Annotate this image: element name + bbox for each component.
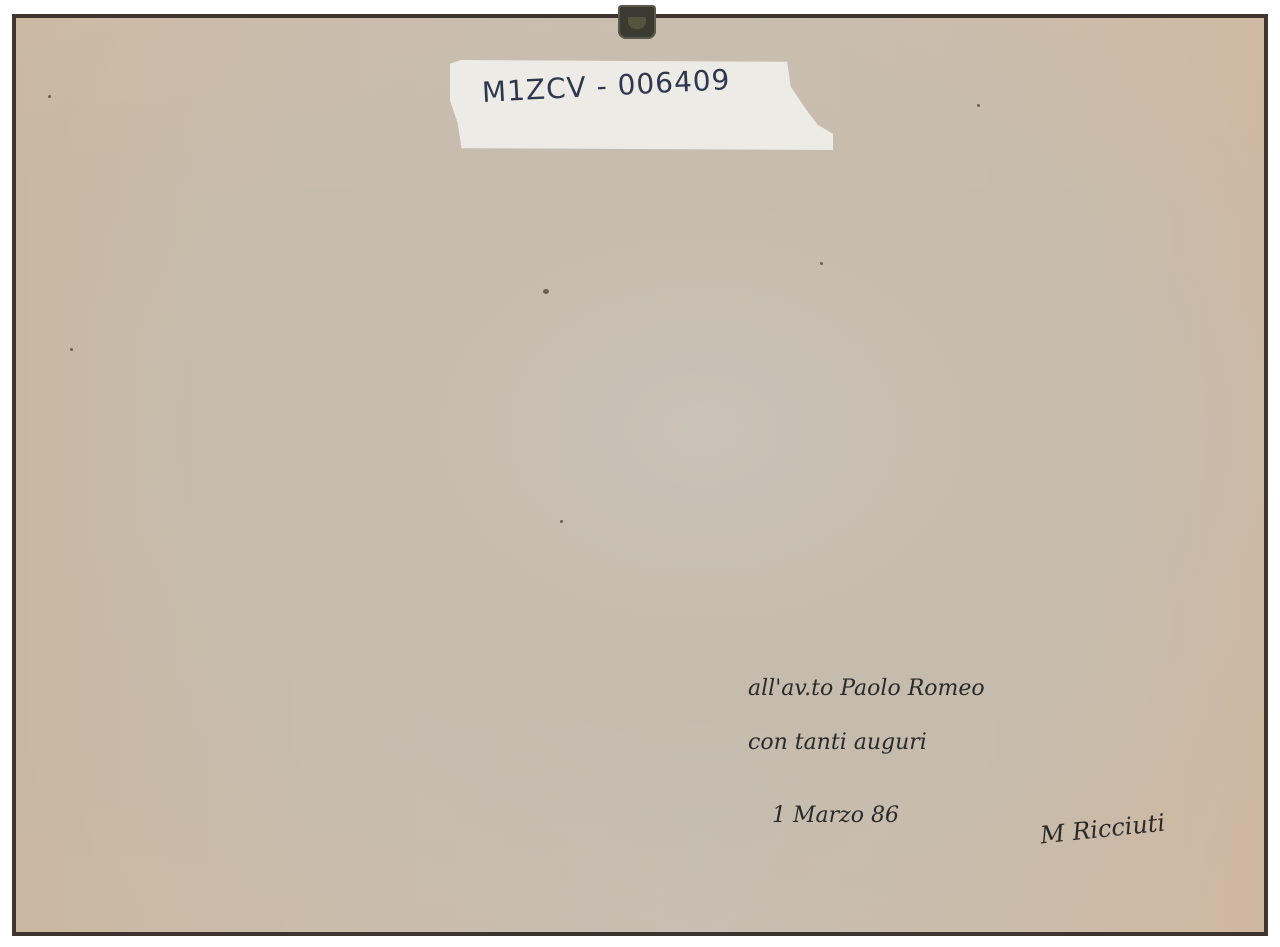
hanger-clip-icon [618,5,656,39]
speck [48,95,51,98]
speck [560,520,563,523]
dedication-line-2: con tanti auguri [748,730,927,755]
cardboard-backing [16,18,1264,932]
inscription-date: 1 Marzo 86 [772,803,899,828]
dedication-line-1: all'av.to Paolo Romeo [748,676,985,701]
speck [977,104,980,107]
picture-frame-backing [12,14,1268,936]
speck [543,289,549,294]
speck [70,348,73,351]
speck [820,262,823,265]
